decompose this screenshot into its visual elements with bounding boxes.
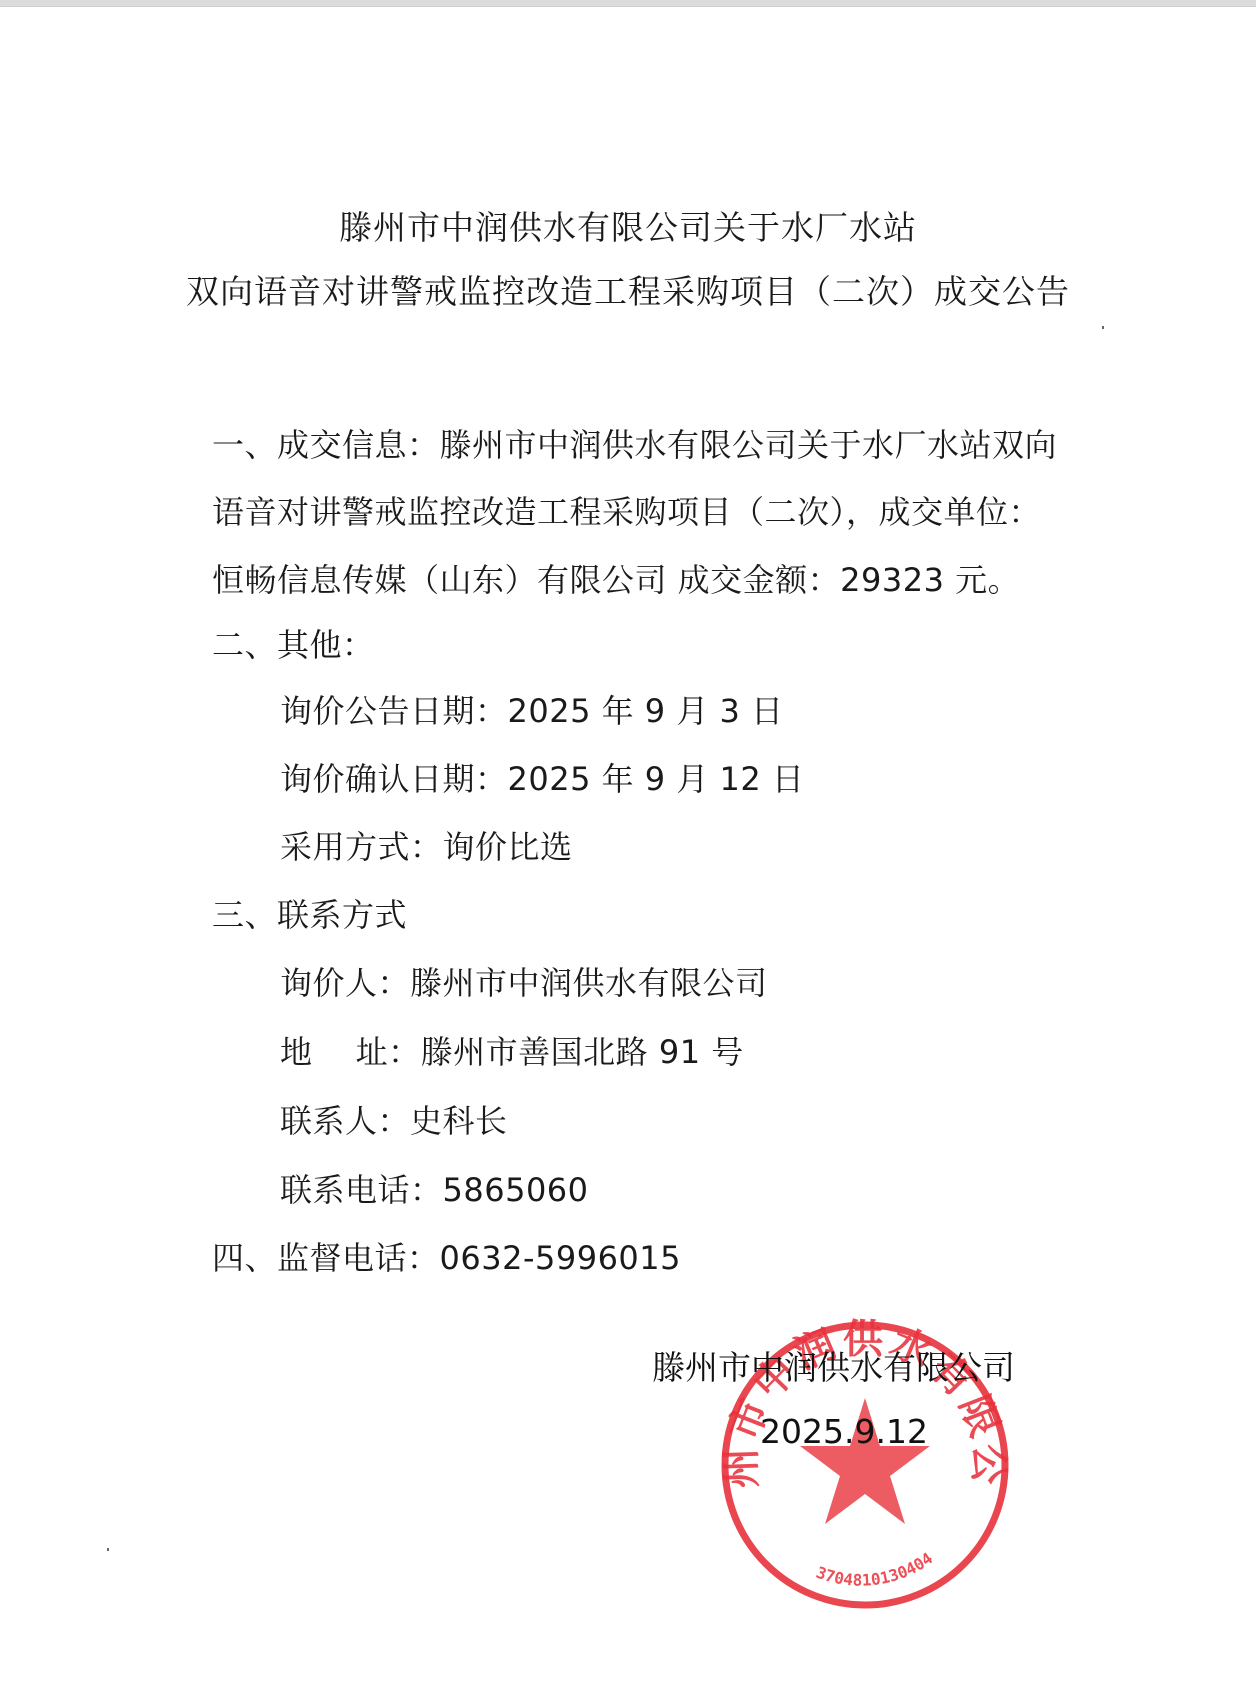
scan-speck [107,1548,109,1551]
viewer-top-bar [0,0,1256,7]
inquiry-announce-date: 询价公告日期：2025 年 9 月 3 日 [280,686,784,732]
procurement-method: 采用方式：询价比选 [280,822,573,868]
scan-speck [1102,326,1104,329]
signature-company: 滕州市中润供水有限公司 [652,1342,1015,1389]
address: 地 址：滕州市善国北路 91 号 [280,1027,744,1073]
svg-text:3704810130404: 3704810130404 [814,1549,937,1590]
deal-info-line: 恒畅信息传媒（山东）有限公司 成交金额：29323 元。 [212,555,1020,601]
supervision-phone: 四、监督电话：0632-5996015 [212,1233,681,1279]
contact-person: 联系人：史科长 [280,1096,508,1142]
document-title-line-1: 滕州市中润供水有限公司关于水厂水站 [0,202,1256,249]
section-heading: 二、其他： [212,620,375,666]
document-title-line-2: 双向语音对讲警戒监控改造工程采购项目（二次）成交公告 [0,266,1256,313]
inquirer: 询价人：滕州市中润供水有限公司 [280,958,768,1004]
signature-date: 2025.9.12 [760,1412,928,1451]
deal-info-line: 语音对讲警戒监控改造工程采购项目（二次），成交单位： [212,487,1041,533]
inquiry-confirm-date: 询价确认日期：2025 年 9 月 12 日 [280,754,804,800]
section-heading: 三、联系方式 [212,890,407,936]
deal-info-line: 一、成交信息：滕州市中润供水有限公司关于水厂水站双向 [212,420,1057,466]
contact-phone: 联系电话：5865060 [280,1165,589,1211]
